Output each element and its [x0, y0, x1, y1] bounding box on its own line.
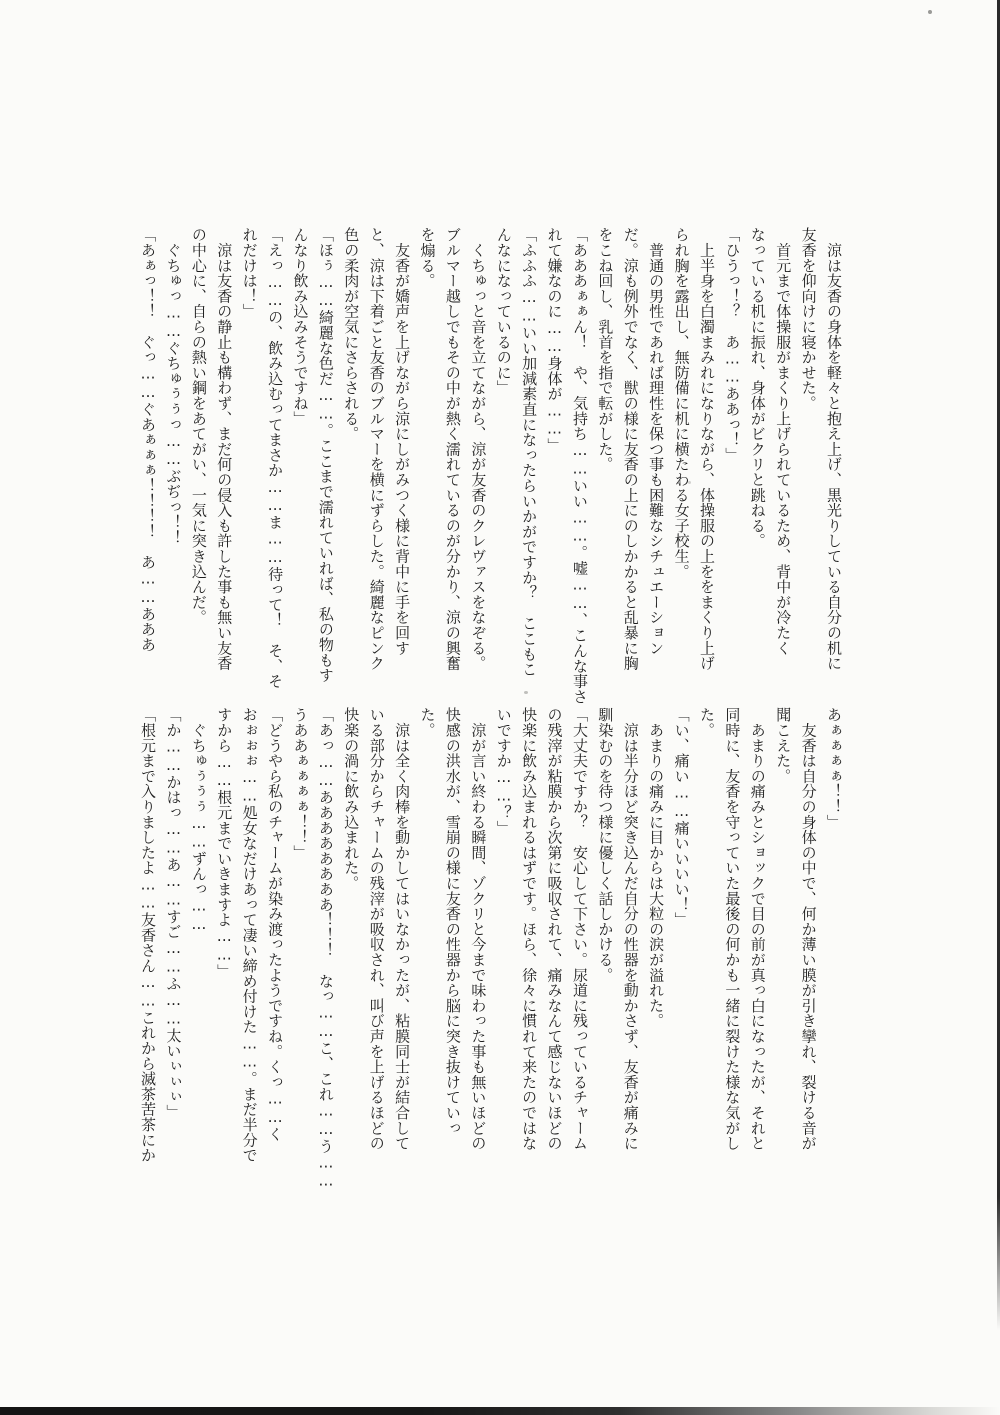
text-column: と、涼は下着ごと友香のブルマーを横にずらした。綺麗なピンク: [363, 227, 388, 689]
text-column: 涼は友香の身体を軽々と抱え上げ、黒光りしている自分の机に: [821, 227, 846, 689]
text-column: 「あぁっ！！ ぐっ……ぐあぁぁぁ！！！！ あ……あああ: [135, 227, 160, 689]
scan-edge-bottom: [0, 1407, 1000, 1415]
text-column: の残滓が粘膜から次第に吸収されて、痛みなんて感じないほどの: [541, 707, 566, 1179]
text-column: 上半身を白濁まみれになりながら、体操服の上ををまくり上げ: [694, 227, 719, 689]
scan-speck: [688, 481, 691, 484]
text-column: 涼は半分ほど突き込んだ自分の性器を動かさず、友香が痛みに: [617, 707, 642, 1179]
text-column: だ。涼も例外でなく、獣の様に友香の上にのしかかると乱暴に胸: [617, 227, 642, 689]
text-column: 「ほぅ……綺麗な色だ……。ここまで濡れていれば、私の物もす: [312, 227, 337, 689]
text-column: 色の柔肉が空気にさらされる。: [338, 227, 363, 689]
text-column: 涼が言い終わる瞬間、ゾクリと今まで味わった事も無いほどの: [465, 707, 490, 1179]
text-column: られ胸を露出し、無防備に机に横たわる女子校生。: [668, 227, 693, 689]
text-column: あぁぁぁぁ！！」: [821, 707, 846, 1179]
text-column: んなり飲み込みそうですね」: [287, 227, 312, 689]
text-column: を煽る。: [414, 227, 439, 689]
text-column: 涼は全く肉棒を動かしてはいなかったが、粘膜同士が結合して: [389, 707, 414, 1179]
text-column: た。: [694, 707, 719, 1179]
text-column: いる部分からチャームの残滓が吸収され、叫び声を上げるほどの: [363, 707, 388, 1179]
text-column: 涼は友香の静止も構わず、まだ何の侵入も許した事も無い友香: [211, 227, 236, 689]
text-column: 快感の洪水が、雪崩の様に友香の性器から脳に突き抜けていっ: [440, 707, 465, 1179]
scan-speck: [928, 10, 932, 14]
text-column: おぉぉぉ……処女なだけあって凄い締め付けた……。まだ半分で: [236, 707, 261, 1179]
text-column: 友香は自分の身体の中で、何か薄い膜が引き攣れ、裂ける音が: [795, 707, 820, 1179]
text-column: いですか……？」: [490, 707, 515, 1179]
text-column: 快楽の渦に飲み込まれた。: [338, 707, 363, 1179]
text-column: 「ひうっ！？ あ……ああっ！」: [719, 227, 744, 689]
text-column: 友香が嬌声を上げながら涼にしがみつく様に背中に手を回す: [389, 227, 414, 689]
scanned-novel-page: 涼は友香の身体を軽々と抱え上げ、黒光りしている自分の机に友香を仰向けに寝かせた。…: [0, 0, 1000, 1415]
text-column: 「か……かはっ……あ……すご……ふ……太いぃぃぃ」: [160, 707, 185, 1179]
text-column: 「あっ……ああああああああ！！！ なっ……こ、これ……う……: [312, 707, 337, 1179]
text-column: 快楽に飲み込まれるはずです。ほら、徐々に慣れて来たのではな: [516, 707, 541, 1179]
text-column: うああぁぁぁぁ！！」: [287, 707, 312, 1179]
text-column: 「どうやら私のチャームが染み渡ったようですね。くっ……く: [262, 707, 287, 1179]
text-column: れだけは！」: [236, 227, 261, 689]
text-column: れて嫌なのに……身体が……」: [541, 227, 566, 689]
text-column: 友香を仰向けに寝かせた。: [795, 227, 820, 689]
text-column: 「根元まで入りましたよ……友香さん……これから滅茶苦茶にか: [135, 707, 160, 1179]
text-column: なっている机に振れ、身体がビクリと跳ねる。: [744, 227, 769, 689]
text-column: 同時に、友香を守っていた最後の何かも一緒に裂けた様な気がし: [719, 707, 744, 1179]
text-column: の中心に、自らの熱い鋼をあてがい、一気に突き込んだ。: [185, 227, 210, 689]
text-column: くちゅっと音を立てながら、涼が友香のクレヴァスをなぞる。: [465, 227, 490, 689]
text-column: 「い、痛い……痛いいいい！」: [668, 707, 693, 1179]
text-column: ブルマー越しでもその中が熱く濡れているのが分かり、涼の興奮: [440, 227, 465, 689]
text-column: 「大丈夫ですか？ 安心して下さい。尿道に残っているチャーム: [567, 707, 592, 1179]
text-column: 普通の男性であれば理性を保つ事も困難なシチュエーション: [643, 227, 668, 689]
text-column: ぐちゅっ……ぐちゅぅぅっ……ぶぢっ！！: [160, 227, 185, 689]
text-column: ぐちゅぅぅぅ……ずんっ……: [185, 707, 210, 1179]
text-column: 「あああぁぁん！ や、気持ち……いい……。嘘……、こんな事さ: [567, 227, 592, 689]
scan-speck: [524, 691, 528, 694]
text-column: あまりの痛みとショックで目の前が真っ白になったが、それと: [744, 707, 769, 1179]
text-column: 「ふふふ……いい加減素直になったらいかがですか？ ここもこ: [516, 227, 541, 689]
text-column: あまりの痛みに目からは大粒の涙が溢れた。: [643, 707, 668, 1179]
text-column: 「えっ……の、飲み込むってまさか……ま……待って！ そ、そ: [262, 227, 287, 689]
text-block-bottom: あぁぁぁぁ！！」 友香は自分の身体の中で、何か薄い膜が引き攣れ、裂ける音が聞こえ…: [134, 707, 846, 1179]
text-column: 首元まで体操服がまくり上げられているため、背中が冷たく: [770, 227, 795, 689]
text-column: すから……根元までいきますよ……」: [211, 707, 236, 1179]
text-column: 聞こえた。: [770, 707, 795, 1179]
text-block-top: 涼は友香の身体を軽々と抱え上げ、黒光りしている自分の机に友香を仰向けに寝かせた。…: [134, 227, 846, 689]
text-column: た。: [414, 707, 439, 1179]
text-column: をこね回し、乳首を指で転がした。: [592, 227, 617, 689]
text-column: 馴染むのを待つ様に優しく話しかける。: [592, 707, 617, 1179]
text-column: んなになっているのに」: [490, 227, 515, 689]
